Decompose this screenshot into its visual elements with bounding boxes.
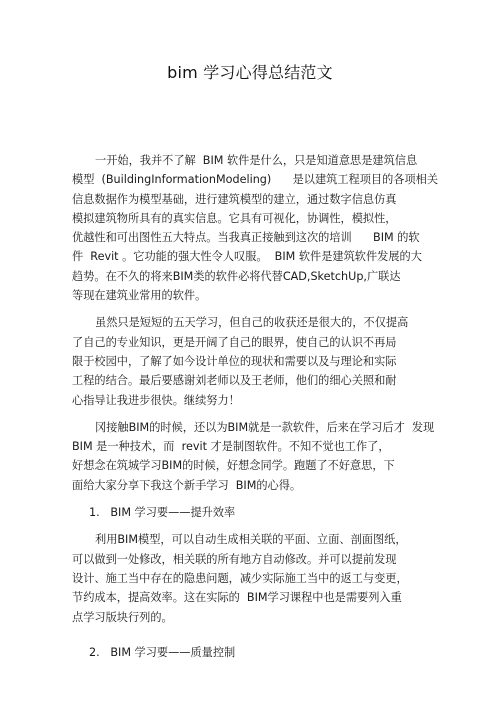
document-title: bim 学习心得总结范文 [0,62,500,84]
text-line: 心指导让我进步很快。继续努力！ [72,391,452,410]
document-body: 一开始，我并不了解 BIM 软件是什么，只是知道意思是建筑信息 模型 (Buil… [72,151,452,662]
text-line: 设计、施工当中存在的隐患问题，减少实际施工当中的返工与变更， [72,569,452,588]
paragraph-spacer [72,495,452,503]
text-line: 一开始，我并不了解 BIM 软件是什么，只是知道意思是建筑信息 [72,151,452,170]
text-line: 可以做到一处修改，相关联的所有地方自动修改。并可以提前发现 [72,550,452,569]
text-line: 工程的结合。最后要感谢刘老师以及王老师，他们的细心关照和耐 [72,371,452,390]
paragraph-spacer [72,635,452,643]
section-heading-text: 2. BIM 学习要——质量控制 [72,643,452,662]
paragraph-efficiency: 利用BIM模型，可以自动生成相关联的平面、立面、剖面图纸， 可以做到一处修改，相… [72,530,452,626]
text-line: 限于校园中，了解了如今设计单位的现状和需要以及与理论和实际 [72,352,452,371]
section-heading-efficiency: 1. BIM 学习要——提升效率 [72,503,452,522]
text-line: 趋势。在不久的将来BIM类的软件必将代替CAD,SketchUp,广联达 [72,267,452,286]
paragraph-spacer [72,305,452,313]
paragraph-spacer [72,522,452,530]
text-line: 信息数据作为模型基础，进行建筑模型的建立，通过数字信息仿真 [72,190,452,209]
text-line: BIM 是一种技术，而 revit 才是制图软件。不知不觉也工作了， [72,437,452,456]
text-line: 模型 (BuildingInformationModeling) 是以建筑工程项… [72,170,452,189]
text-line: 面给大家分享下我这个新手学习 BIM的心得。 [72,476,452,495]
section-heading-text: 1. BIM 学习要——提升效率 [72,503,452,522]
text-line: 模拟建筑物所具有的真实信息。它具有可视化，协调性，模拟性， [72,209,452,228]
paragraph-training-gains: 虽然只是短短的五天学习，但自己的收获还是很大的，不仅提高 了自己的专业知识，更是… [72,313,452,409]
text-line: 虽然只是短短的五天学习，但自己的收获还是很大的，不仅提高 [72,313,452,332]
paragraph-first-contact: 冈接触BIM的时候，还以为BIM就是一款软件，后来在学习后才 发现 BIM 是一… [72,418,452,495]
text-line: 件 Revit 。它功能的强大性令人叹服。 BIM 软件是建筑软件发展的大 [72,247,452,266]
paragraph-spacer [72,410,452,418]
text-line: 优越性和可出图性五大特点。当我真正接触到这次的培训 BIM 的软 [72,228,452,247]
text-line: 等现在建筑业常用的软件。 [72,286,452,305]
paragraph-spacer [72,627,452,635]
text-line: 冈接触BIM的时候，还以为BIM就是一款软件，后来在学习后才 发现 [72,418,452,437]
document-page: bim 学习心得总结范文 一开始，我并不了解 BIM 软件是什么，只是知道意思是… [0,0,500,708]
text-line: 利用BIM模型，可以自动生成相关联的平面、立面、剖面图纸， [72,530,452,549]
paragraph-intro: 一开始，我并不了解 BIM 软件是什么，只是知道意思是建筑信息 模型 (Buil… [72,151,452,305]
text-line: 好想念在筑城学习BIM的时候，好想念同学。跑题了不好意思，下 [72,456,452,475]
text-line: 了自己的专业知识，更是开阔了自己的眼界，使自己的认识不再局 [72,333,452,352]
section-heading-quality: 2. BIM 学习要——质量控制 [72,643,452,662]
text-line: 节约成本，提高效率。这在实际的 BIM学习课程中也是需要列入重 [72,588,452,607]
text-line: 点学习版块行列的。 [72,608,452,627]
